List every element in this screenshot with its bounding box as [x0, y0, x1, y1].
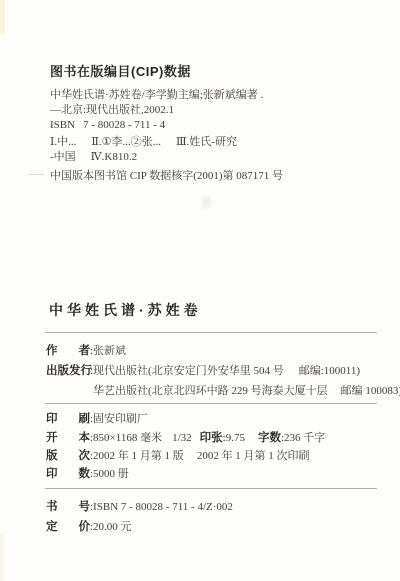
cip-heading: 图书在版编目(CIP)数据 [50, 64, 191, 80]
cip-classification-block: Ⅰ.中...Ⅱ.①李...②张...Ⅲ.姓氏-研究 -中国Ⅳ.K810.2 [50, 135, 237, 165]
cip-imprint: —北京:现代出版社,2002.1 [50, 103, 263, 118]
divider-rule-3 [45, 488, 377, 489]
printrun-label: 印数 [46, 467, 90, 481]
isbn-label: ISBN [50, 119, 75, 131]
sheets-label: 印张 [200, 432, 223, 444]
classification-item: Ⅰ.中... [50, 136, 76, 148]
printer-value: :固安印刷厂 [90, 412, 148, 426]
publisher-postal-code-2: 邮编 100083) [341, 385, 400, 397]
cip-classification-line-2: -中国Ⅳ.K810.2 [50, 150, 237, 165]
publisher-label: 出版发行 [46, 364, 90, 378]
colophon-row-format: 开本:850×1168 毫米1/32印张:9.75字数:236 千字 [46, 431, 325, 445]
format-fraction: 1/32 [172, 432, 192, 444]
booknumber-value: :ISBN 7 - 80028 - 711 - 4/Z·002 [90, 500, 233, 514]
format-label: 开本 [46, 431, 90, 445]
printer-label: 印刷 [46, 412, 90, 426]
publisher-value-line1: :现代出版社(北京安定门外安华里 504 号邮编:100011) [90, 364, 360, 378]
colophon-row-publisher: 出版发行:现代出版社(北京安定门外安华里 504 号邮编:100011) [46, 364, 360, 378]
colophon-row-printrun: 印数:5000 册 [46, 467, 129, 481]
colophon-row-author: 作者:张新斌 [46, 344, 126, 358]
colophon-row-edition: 版次:2002 年 1 月第 1 版2002 年 1 月第 1 次印刷 [46, 449, 310, 463]
cip-isbn-line: ISBN7 - 80028 - 711 - 4 [50, 118, 263, 133]
classification-item: Ⅱ.①李...②张... [91, 136, 161, 148]
scan-streak [29, 174, 44, 175]
book-title: 中华姓氏谱·苏姓卷 [49, 301, 202, 319]
wordcount-label: 字数 [258, 432, 281, 444]
publisher-value-line2: 华艺出版社(北京北四环中路 229 号海泰大厦十层邮编 100083) [93, 384, 400, 398]
classification-item: -中国 [50, 151, 76, 163]
price-label: 定价 [46, 520, 90, 534]
price-value: :20.00 元 [90, 520, 132, 534]
divider-rule-2 [45, 403, 377, 404]
author-value: :张新斌 [90, 344, 126, 358]
scan-smudge [202, 197, 211, 208]
scan-edge-artifact-top [0, 0, 5, 34]
cip-classification-line-1: Ⅰ.中...Ⅱ.①李...②张...Ⅲ.姓氏-研究 [50, 135, 237, 150]
printing-value: 2002 年 1 月第 1 次印刷 [197, 450, 310, 462]
edition-label: 版次 [46, 449, 90, 463]
colophon-row-price: 定价:20.00 元 [46, 520, 132, 534]
booknumber-label: 书号 [46, 500, 90, 514]
copyright-colophon-page: 图书在版编目(CIP)数据 中华姓氏谱·苏姓卷/李学勤主编;张新斌编著 . —北… [0, 0, 400, 581]
publisher-postal-code-1: 邮编:100011) [299, 365, 360, 377]
scan-edge-artifact-bottom [0, 533, 4, 581]
colophon-row-printer: 印刷:固安印刷厂 [46, 412, 148, 426]
isbn-number: 7 - 80028 - 711 - 4 [83, 119, 165, 131]
divider-rule-1 [45, 332, 377, 333]
format-size: :850×1168 毫米 [90, 432, 162, 444]
cip-description-block: 中华姓氏谱·苏姓卷/李学勤主编;张新斌编著 . —北京:现代出版社,2002.1… [50, 88, 263, 133]
classification-item: Ⅲ.姓氏-研究 [176, 136, 237, 148]
author-label: 作者 [46, 344, 90, 358]
printrun-value: :5000 册 [90, 467, 129, 481]
sheets-value: :9.75 [223, 432, 245, 444]
classification-item: Ⅳ.K810.2 [91, 151, 137, 163]
format-value: :850×1168 毫米1/32印张:9.75字数:236 千字 [90, 431, 325, 445]
cip-title-statement: 中华姓氏谱·苏姓卷/李学勤主编;张新斌编著 . [50, 88, 263, 103]
wordcount-value: :236 千字 [281, 432, 325, 444]
colophon-row-booknumber: 书号:ISBN 7 - 80028 - 711 - 4/Z·002 [46, 500, 233, 514]
edition-value: :2002 年 1 月第 1 版2002 年 1 月第 1 次印刷 [90, 449, 310, 463]
cip-registry-line: 中国版本图书馆 CIP 数据核字(2001)第 087171 号 [50, 169, 283, 184]
